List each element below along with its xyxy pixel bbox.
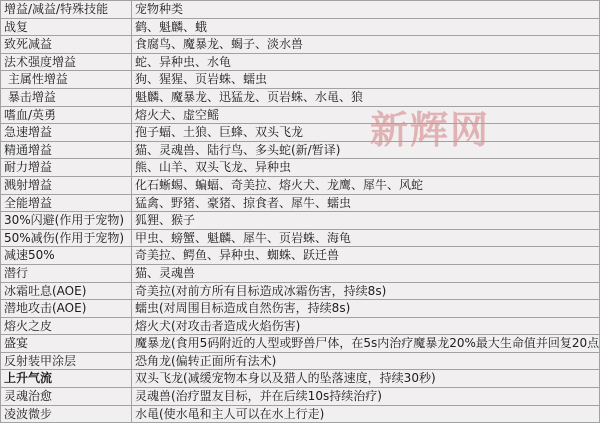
table-header-row: 增益/减益/特殊技能宠物种类 bbox=[1, 1, 600, 19]
table-row: 全能增益猛禽、野猪、豪猪、掠食者、犀牛、蠕虫 bbox=[1, 194, 600, 212]
pets-cell: 狐狸、猴子 bbox=[132, 212, 600, 230]
pets-cell: 熔火犬(对攻击者造成火焰伤害) bbox=[132, 317, 600, 335]
pets-cell: 猫、灵魂兽 bbox=[132, 264, 600, 282]
column-header: 增益/减益/特殊技能 bbox=[1, 1, 132, 19]
pets-cell: 双头飞龙(减缓宠物本身以及猎人的坠落速度，持续30秒) bbox=[132, 370, 600, 388]
skill-cell: 主属性增益 bbox=[1, 71, 132, 89]
table-row: 法术强度增益蛇、异种虫、水龟 bbox=[1, 53, 600, 71]
pets-cell: 魔暴龙(食用5码附近的人型或野兽尸体，在5s内治疗魔暴龙20%最大生命值并回复2… bbox=[132, 335, 600, 353]
skill-cell: 急速增益 bbox=[1, 124, 132, 142]
table-row: 冰霜吐息(AOE)奇美拉(对前方所有目标造成冰霜伤害，持续8s) bbox=[1, 282, 600, 300]
pets-cell: 魁麟、魔暴龙、迅猛龙、页岩蛛、水黾、狼 bbox=[132, 88, 600, 106]
pets-cell: 熔火犬、虚空鳐 bbox=[132, 106, 600, 124]
pet-skill-table-page: 增益/减益/特殊技能宠物种类 战复鹤、魁麟、蛾致死减益食腐鸟、魔暴龙、蝎子、淡水… bbox=[0, 0, 600, 423]
table-row: 上升气流双头飞龙(减缓宠物本身以及猎人的坠落速度，持续30秒) bbox=[1, 370, 600, 388]
table-row: 暴击增益魁麟、魔暴龙、迅猛龙、页岩蛛、水黾、狼 bbox=[1, 88, 600, 106]
table-row: 灵魂治愈灵魂兽(治疗盟友目标，并在后续10s持续治疗) bbox=[1, 388, 600, 406]
table-row: 精通增益猫、灵魂兽、陆行鸟、多头蛇(新/暂译) bbox=[1, 141, 600, 159]
skill-cell: 嗜血/英勇 bbox=[1, 106, 132, 124]
pets-cell: 甲虫、螃蟹、魁麟、犀牛、页岩蛛、海龟 bbox=[132, 229, 600, 247]
pets-cell: 食腐鸟、魔暴龙、蝎子、淡水兽 bbox=[132, 36, 600, 54]
table-row: 致死减益食腐鸟、魔暴龙、蝎子、淡水兽 bbox=[1, 36, 600, 54]
pets-cell: 奇美拉(对前方所有目标造成冰霜伤害，持续8s) bbox=[132, 282, 600, 300]
pets-cell: 蠕虫(对周围目标造成自然伤害，持续8s) bbox=[132, 300, 600, 318]
pets-cell: 狗、猩猩、页岩蛛、蠕虫 bbox=[132, 71, 600, 89]
pets-cell: 水黾(使水黾和主人可以在水上行走) bbox=[132, 405, 600, 423]
table-row: 溅射增益化石蜥蜴、蝙蝠、奇美拉、熔火犬、龙鹰、犀牛、风蛇 bbox=[1, 176, 600, 194]
pets-cell: 熊、山羊、双头飞龙、异种虫 bbox=[132, 159, 600, 177]
table-row: 30%闪避(作用于宠物)狐狸、猴子 bbox=[1, 212, 600, 230]
skill-cell: 致死减益 bbox=[1, 36, 132, 54]
pets-cell: 猫、灵魂兽、陆行鸟、多头蛇(新/暂译) bbox=[132, 141, 600, 159]
pets-cell: 恐角龙(偏转正面所有法术) bbox=[132, 352, 600, 370]
skill-cell: 精通增益 bbox=[1, 141, 132, 159]
skill-cell: 战复 bbox=[1, 18, 132, 36]
table-row: 熔火之皮熔火犬(对攻击者造成火焰伤害) bbox=[1, 317, 600, 335]
table-row: 盛宴魔暴龙(食用5码附近的人型或野兽尸体，在5s内治疗魔暴龙20%最大生命值并回… bbox=[1, 335, 600, 353]
table-row: 潜地攻击(AOE)蠕虫(对周围目标造成自然伤害，持续8s) bbox=[1, 300, 600, 318]
table-row: 反射装甲涂层恐角龙(偏转正面所有法术) bbox=[1, 352, 600, 370]
pet-skill-table: 增益/减益/特殊技能宠物种类 战复鹤、魁麟、蛾致死减益食腐鸟、魔暴龙、蝎子、淡水… bbox=[0, 0, 600, 423]
skill-cell: 潜地攻击(AOE) bbox=[1, 300, 132, 318]
pets-cell: 蛇、异种虫、水龟 bbox=[132, 53, 600, 71]
skill-cell: 灵魂治愈 bbox=[1, 388, 132, 406]
pets-cell: 猛禽、野猪、豪猪、掠食者、犀牛、蠕虫 bbox=[132, 194, 600, 212]
skill-cell: 30%闪避(作用于宠物) bbox=[1, 212, 132, 230]
table-row: 50%减伤(作用于宠物)甲虫、螃蟹、魁麟、犀牛、页岩蛛、海龟 bbox=[1, 229, 600, 247]
skill-cell: 法术强度增益 bbox=[1, 53, 132, 71]
skill-cell: 溅射增益 bbox=[1, 176, 132, 194]
skill-cell: 潜行 bbox=[1, 264, 132, 282]
skill-cell: 暴击增益 bbox=[1, 88, 132, 106]
table-row: 凌波微步水黾(使水黾和主人可以在水上行走) bbox=[1, 405, 600, 423]
skill-cell: 冰霜吐息(AOE) bbox=[1, 282, 132, 300]
table-row: 战复鹤、魁麟、蛾 bbox=[1, 18, 600, 36]
table-row: 潜行猫、灵魂兽 bbox=[1, 264, 600, 282]
table-row: 主属性增益狗、猩猩、页岩蛛、蠕虫 bbox=[1, 71, 600, 89]
skill-cell: 反射装甲涂层 bbox=[1, 352, 132, 370]
pets-cell: 奇美拉、鳄鱼、异种虫、蜘蛛、跃迁兽 bbox=[132, 247, 600, 265]
pets-cell: 灵魂兽(治疗盟友目标，并在后续10s持续治疗) bbox=[132, 388, 600, 406]
column-header: 宠物种类 bbox=[132, 1, 600, 19]
skill-cell: 熔火之皮 bbox=[1, 317, 132, 335]
pets-cell: 孢子蝠、土狼、巨蜂、双头飞龙 bbox=[132, 124, 600, 142]
skill-cell: 上升气流 bbox=[1, 370, 132, 388]
skill-cell: 全能增益 bbox=[1, 194, 132, 212]
table-row: 嗜血/英勇熔火犬、虚空鳐 bbox=[1, 106, 600, 124]
pets-cell: 化石蜥蜴、蝙蝠、奇美拉、熔火犬、龙鹰、犀牛、风蛇 bbox=[132, 176, 600, 194]
table-row: 急速增益孢子蝠、土狼、巨蜂、双头飞龙 bbox=[1, 124, 600, 142]
table-row: 耐力增益熊、山羊、双头飞龙、异种虫 bbox=[1, 159, 600, 177]
skill-cell: 盛宴 bbox=[1, 335, 132, 353]
pets-cell: 鹤、魁麟、蛾 bbox=[132, 18, 600, 36]
table-row: 减速50%奇美拉、鳄鱼、异种虫、蜘蛛、跃迁兽 bbox=[1, 247, 600, 265]
skill-cell: 50%减伤(作用于宠物) bbox=[1, 229, 132, 247]
skill-cell: 耐力增益 bbox=[1, 159, 132, 177]
skill-cell: 减速50% bbox=[1, 247, 132, 265]
skill-cell: 凌波微步 bbox=[1, 405, 132, 423]
